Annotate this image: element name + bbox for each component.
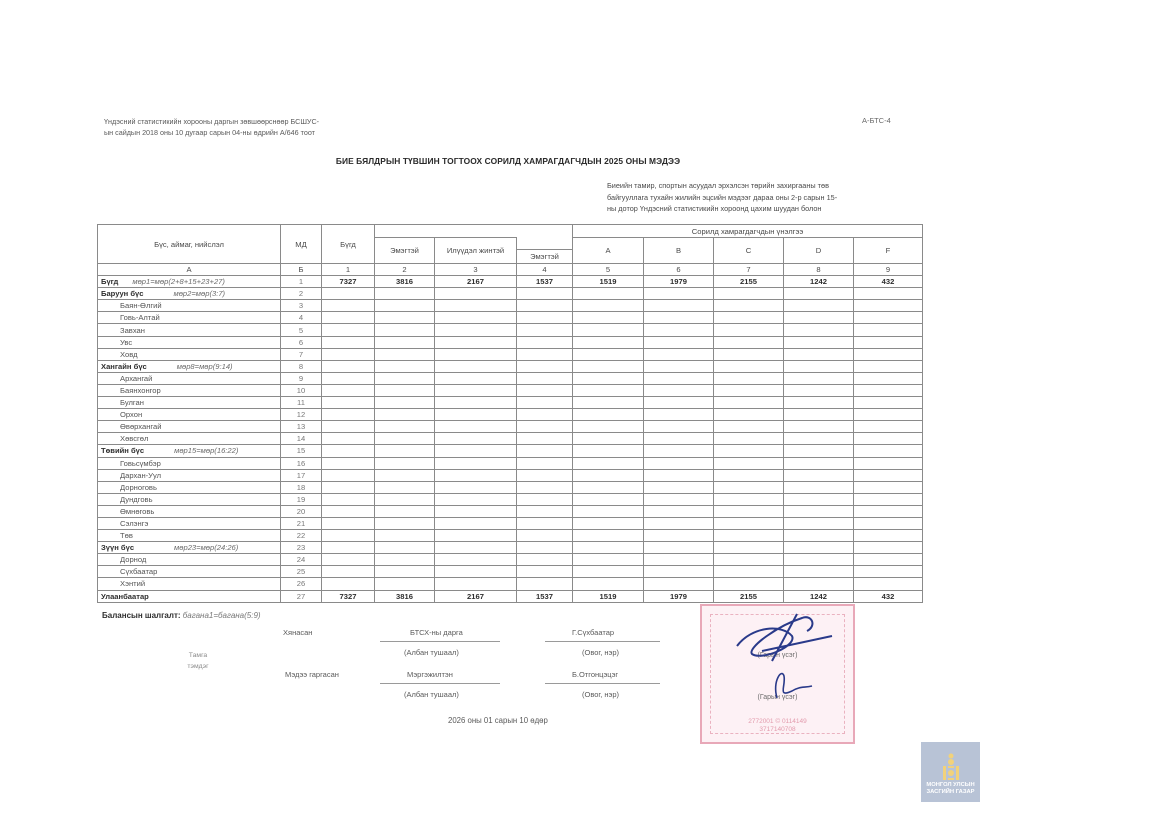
value-cell <box>573 481 644 493</box>
value-cell <box>375 372 435 384</box>
value-cell <box>517 433 573 445</box>
reviewer-name: Г.Сүхбаатар <box>572 628 614 637</box>
value-cell <box>517 288 573 300</box>
table-row: Бүгдмөр1=мөр(2+8+15+23+27)17327381621671… <box>98 276 923 288</box>
column-code: 6 <box>644 264 714 276</box>
value-cell: 1519 <box>573 276 644 288</box>
value-cell <box>644 481 714 493</box>
value-cell <box>784 372 854 384</box>
aimag-name: Дорнод <box>98 554 281 566</box>
value-cell <box>784 336 854 348</box>
value-cell <box>517 336 573 348</box>
value-cell: 3816 <box>375 590 435 602</box>
value-cell <box>644 505 714 517</box>
value-cell <box>644 409 714 421</box>
value-cell <box>573 300 644 312</box>
value-cell <box>375 457 435 469</box>
value-cell <box>375 397 435 409</box>
aimag-name: Завхан <box>98 324 281 336</box>
value-cell <box>784 288 854 300</box>
column-code: 3 <box>435 264 517 276</box>
value-cell <box>784 517 854 529</box>
value-cell <box>573 372 644 384</box>
value-cell <box>714 324 784 336</box>
header-total: Бүгд <box>322 225 375 264</box>
value-cell <box>322 336 375 348</box>
value-cell <box>714 433 784 445</box>
row-code: 24 <box>281 554 322 566</box>
value-cell <box>784 554 854 566</box>
stamp-code: 2772001 © 0114149 <box>702 718 853 725</box>
region-group-cell: Баруун бүсмөр2=мөр(3:7) <box>98 288 281 300</box>
value-cell <box>517 481 573 493</box>
row-code: 20 <box>281 505 322 517</box>
table-row: Дорноговь18 <box>98 481 923 493</box>
value-cell <box>573 336 644 348</box>
value-cell <box>714 578 784 590</box>
region-group-cell: Зүүн бүсмөр23=мөр(24:26) <box>98 542 281 554</box>
value-cell <box>375 348 435 360</box>
value-cell <box>435 288 517 300</box>
header-grade-b: B <box>644 238 714 264</box>
row-code: 9 <box>281 372 322 384</box>
value-cell <box>573 517 644 529</box>
value-cell <box>644 530 714 542</box>
value-cell <box>784 397 854 409</box>
value-cell <box>644 445 714 457</box>
value-cell: 2167 <box>435 590 517 602</box>
value-cell <box>517 409 573 421</box>
value-cell <box>517 397 573 409</box>
aimag-name: Хөвсгөл <box>98 433 281 445</box>
row-code: 15 <box>281 445 322 457</box>
value-cell <box>784 481 854 493</box>
value-cell <box>435 312 517 324</box>
value-cell <box>435 493 517 505</box>
column-code: 7 <box>714 264 784 276</box>
row-code: 10 <box>281 384 322 396</box>
header-grade-c: C <box>714 238 784 264</box>
value-cell: 1519 <box>573 590 644 602</box>
value-cell <box>644 288 714 300</box>
value-cell <box>854 288 923 300</box>
aimag-name: Дархан-Уул <box>98 469 281 481</box>
value-cell <box>375 493 435 505</box>
value-cell <box>517 445 573 457</box>
value-cell: 2155 <box>714 276 784 288</box>
value-cell <box>854 505 923 517</box>
value-cell <box>854 397 923 409</box>
value-cell <box>322 481 375 493</box>
position-line <box>380 683 500 684</box>
value-cell <box>573 409 644 421</box>
value-cell <box>854 578 923 590</box>
table-row: Говь-Алтай4 <box>98 312 923 324</box>
value-cell <box>573 530 644 542</box>
value-cell <box>435 433 517 445</box>
region-name: Улаанбаатар <box>101 591 149 602</box>
value-cell <box>854 530 923 542</box>
column-code: А <box>98 264 281 276</box>
reviewer-position: БТСХ-ны дарга <box>410 628 463 637</box>
stamp-code: 3717140708 <box>702 726 853 733</box>
name-line <box>545 683 660 684</box>
value-cell <box>517 421 573 433</box>
value-cell <box>375 360 435 372</box>
value-cell <box>714 517 784 529</box>
value-cell <box>854 517 923 529</box>
aimag-name: Баян-Өлгий <box>98 300 281 312</box>
column-code: Б <box>281 264 322 276</box>
value-cell <box>854 469 923 481</box>
header-region: Бүс, аймаг, нийслэл <box>98 225 281 264</box>
row-code: 17 <box>281 469 322 481</box>
note-line: ны дотор Үндэсний статистикийн хороонд ц… <box>607 203 907 215</box>
value-cell <box>375 384 435 396</box>
value-cell: 1537 <box>517 590 573 602</box>
value-cell <box>322 566 375 578</box>
value-cell <box>322 288 375 300</box>
value-cell <box>375 554 435 566</box>
value-cell <box>375 578 435 590</box>
value-cell <box>714 542 784 554</box>
aimag-name: Сэлэнгэ <box>98 517 281 529</box>
value-cell <box>322 505 375 517</box>
value-cell <box>517 312 573 324</box>
logo-line-2: ЗАСГИЙН ГАЗАР <box>926 789 974 796</box>
value-cell <box>714 421 784 433</box>
row-code: 19 <box>281 493 322 505</box>
value-cell <box>784 300 854 312</box>
table-row: Дундговь19 <box>98 493 923 505</box>
value-cell <box>435 530 517 542</box>
value-cell <box>784 384 854 396</box>
value-cell <box>435 397 517 409</box>
value-cell <box>375 566 435 578</box>
value-cell <box>714 481 784 493</box>
row-code: 1 <box>281 276 322 288</box>
value-cell <box>435 517 517 529</box>
row-code: 22 <box>281 530 322 542</box>
value-cell <box>644 421 714 433</box>
decree-reference: Үндэсний статистикийн хорооны даргын зөв… <box>104 116 319 138</box>
value-cell <box>714 372 784 384</box>
value-cell <box>573 397 644 409</box>
value-cell <box>784 542 854 554</box>
table-row: Өвөрхангай13 <box>98 421 923 433</box>
value-cell <box>322 324 375 336</box>
value-cell <box>644 542 714 554</box>
table-row: Орхон12 <box>98 409 923 421</box>
value-cell <box>644 324 714 336</box>
value-cell <box>435 445 517 457</box>
region-name: Төвийн бүс <box>101 445 144 456</box>
aimag-name: Говь-Алтай <box>98 312 281 324</box>
table-row: Хангайн бүсмөр8=мөр(9:14)8 <box>98 360 923 372</box>
value-cell <box>644 566 714 578</box>
value-cell <box>322 397 375 409</box>
table-row: Завхан5 <box>98 324 923 336</box>
value-cell <box>644 348 714 360</box>
value-cell <box>517 530 573 542</box>
value-cell <box>784 409 854 421</box>
value-cell <box>322 542 375 554</box>
value-cell <box>784 445 854 457</box>
value-cell <box>644 372 714 384</box>
value-cell <box>573 360 644 372</box>
value-cell <box>517 554 573 566</box>
value-cell <box>573 505 644 517</box>
value-cell <box>322 372 375 384</box>
value-cell <box>517 457 573 469</box>
header-spacer-2 <box>517 238 573 250</box>
aimag-name: Булган <box>98 397 281 409</box>
value-cell: 1979 <box>644 276 714 288</box>
row-formula: мөр8=мөр(9:14) <box>177 361 233 372</box>
position-caption: (Албан тушаал) <box>404 648 459 657</box>
value-cell <box>854 433 923 445</box>
value-cell <box>784 324 854 336</box>
value-cell <box>854 421 923 433</box>
seal-label: Тамга тэмдэг <box>178 650 218 672</box>
value-cell <box>322 493 375 505</box>
table-row: Баян-Өлгий3 <box>98 300 923 312</box>
report-date: 2026 оны 01 сарын 10 өдөр <box>448 716 548 725</box>
value-cell <box>517 493 573 505</box>
decree-line-1: Үндэсний статистикийн хорооны даргын зөв… <box>104 116 319 127</box>
column-code: 9 <box>854 264 923 276</box>
value-cell <box>517 542 573 554</box>
aimag-name: Дорноговь <box>98 481 281 493</box>
aimag-name: Увс <box>98 336 281 348</box>
value-cell <box>517 578 573 590</box>
value-cell <box>714 493 784 505</box>
value-cell <box>714 360 784 372</box>
aimag-name: Орхон <box>98 409 281 421</box>
submission-note: Биеийн тамир, спортын асуудал эрхэлсэн т… <box>607 180 907 215</box>
value-cell <box>322 409 375 421</box>
name-line <box>545 641 660 642</box>
value-cell <box>517 566 573 578</box>
value-cell <box>573 312 644 324</box>
value-cell <box>573 288 644 300</box>
value-cell <box>714 457 784 469</box>
value-cell <box>714 397 784 409</box>
value-cell <box>322 517 375 529</box>
value-cell <box>573 542 644 554</box>
value-cell <box>573 421 644 433</box>
row-code: 11 <box>281 397 322 409</box>
value-cell <box>322 457 375 469</box>
value-cell <box>435 336 517 348</box>
value-cell <box>322 578 375 590</box>
value-cell <box>644 300 714 312</box>
header-overweight-female: Эмэгтэй <box>517 250 573 264</box>
row-code: 25 <box>281 566 322 578</box>
value-cell <box>573 578 644 590</box>
value-cell <box>714 505 784 517</box>
value-cell <box>375 300 435 312</box>
value-cell <box>644 384 714 396</box>
value-cell <box>322 530 375 542</box>
header-grade-a: A <box>573 238 644 264</box>
value-cell <box>854 336 923 348</box>
row-code: 18 <box>281 481 322 493</box>
value-cell <box>784 433 854 445</box>
value-cell <box>644 433 714 445</box>
value-cell <box>644 397 714 409</box>
value-cell <box>854 312 923 324</box>
value-cell: 7327 <box>322 276 375 288</box>
value-cell <box>322 421 375 433</box>
value-cell: 2167 <box>435 276 517 288</box>
position-caption: (Албан тушаал) <box>404 690 459 699</box>
row-code: 6 <box>281 336 322 348</box>
value-cell <box>435 469 517 481</box>
value-cell: 1242 <box>784 276 854 288</box>
value-cell <box>573 457 644 469</box>
value-cell <box>375 505 435 517</box>
value-cell <box>435 421 517 433</box>
column-code: 8 <box>784 264 854 276</box>
value-cell <box>435 578 517 590</box>
table-row: Хөвсгөл14 <box>98 433 923 445</box>
value-cell <box>375 324 435 336</box>
value-cell <box>854 300 923 312</box>
value-cell <box>784 421 854 433</box>
value-cell <box>714 384 784 396</box>
value-cell <box>644 336 714 348</box>
table-row: Төв22 <box>98 530 923 542</box>
table-row: Дорнод24 <box>98 554 923 566</box>
prepared-label: Мэдээ гаргасан <box>285 670 339 679</box>
row-code: 21 <box>281 517 322 529</box>
value-cell: 1979 <box>644 590 714 602</box>
value-cell <box>517 505 573 517</box>
preparer-position: Мэргэжилтэн <box>407 670 453 679</box>
value-cell <box>784 505 854 517</box>
row-formula: мөр15=мөр(16:22) <box>174 445 238 456</box>
value-cell <box>517 469 573 481</box>
value-cell <box>784 469 854 481</box>
value-cell <box>714 554 784 566</box>
value-cell <box>573 324 644 336</box>
row-code: 12 <box>281 409 322 421</box>
table-row: Сэлэнгэ21 <box>98 517 923 529</box>
value-cell <box>322 360 375 372</box>
value-cell <box>714 300 784 312</box>
region-group-cell: Улаанбаатар <box>98 590 281 602</box>
document-title: БИЕ БЯЛДРЫН ТҮВШИН ТОГТООХ СОРИЛД ХАМРАГ… <box>0 156 1016 166</box>
header-spacer <box>375 225 573 238</box>
statistics-table: Бүс, аймаг, нийслэл МД Бүгд Сорилд хамра… <box>97 224 923 603</box>
row-code: 8 <box>281 360 322 372</box>
value-cell <box>854 445 923 457</box>
value-cell <box>435 324 517 336</box>
value-cell <box>435 360 517 372</box>
column-code: 1 <box>322 264 375 276</box>
header-grade-group: Сорилд хамрагдагчдын үнэлгээ <box>573 225 923 238</box>
aimag-name: Өмнөговь <box>98 505 281 517</box>
value-cell <box>714 348 784 360</box>
reviewed-label: Хянасан <box>283 628 312 637</box>
value-cell <box>322 384 375 396</box>
value-cell <box>854 372 923 384</box>
header-grade-d: D <box>784 238 854 264</box>
value-cell <box>854 542 923 554</box>
value-cell <box>784 493 854 505</box>
row-formula: мөр1=мөр(2+8+15+23+27) <box>132 276 225 287</box>
balance-check-label: Балансын шалгалт: <box>102 611 181 620</box>
value-cell: 7327 <box>322 590 375 602</box>
row-code: 4 <box>281 312 322 324</box>
value-cell <box>435 481 517 493</box>
table-row: Улаанбаатар27732738162167153715191979215… <box>98 590 923 602</box>
value-cell <box>854 554 923 566</box>
region-name: Зүүн бүс <box>101 542 134 553</box>
table-row: Хэнтий26 <box>98 578 923 590</box>
value-cell <box>714 312 784 324</box>
value-cell <box>375 433 435 445</box>
value-cell <box>517 324 573 336</box>
table-row: Сүхбаатар25 <box>98 566 923 578</box>
value-cell <box>854 481 923 493</box>
value-cell <box>644 360 714 372</box>
soyombo-icon <box>940 752 962 782</box>
value-cell <box>435 372 517 384</box>
balance-check-formula: багана1=багана(5:9) <box>183 611 261 620</box>
value-cell <box>435 384 517 396</box>
row-code: 14 <box>281 433 322 445</box>
region-group-cell: Хангайн бүсмөр8=мөр(9:14) <box>98 360 281 372</box>
name-caption: (Овог, нэр) <box>582 690 619 699</box>
value-cell <box>517 517 573 529</box>
value-cell <box>784 312 854 324</box>
decree-line-2: ын сайдын 2018 оны 10 дугаар сарын 04-ны… <box>104 127 319 138</box>
value-cell <box>435 542 517 554</box>
row-code: 27 <box>281 590 322 602</box>
value-cell <box>714 566 784 578</box>
value-cell: 432 <box>854 590 923 602</box>
value-cell <box>435 566 517 578</box>
value-cell <box>375 421 435 433</box>
region-group-cell: Бүгдмөр1=мөр(2+8+15+23+27) <box>98 276 281 288</box>
aimag-name: Төв <box>98 530 281 542</box>
row-code: 13 <box>281 421 322 433</box>
value-cell <box>375 336 435 348</box>
value-cell <box>435 300 517 312</box>
value-cell: 1242 <box>784 590 854 602</box>
header-md: МД <box>281 225 322 264</box>
row-code: 23 <box>281 542 322 554</box>
value-cell <box>854 409 923 421</box>
region-name: Бүгд <box>101 276 118 287</box>
value-cell <box>435 409 517 421</box>
region-group-cell: Төвийн бүсмөр15=мөр(16:22) <box>98 445 281 457</box>
form-code: А-БТС-4 <box>862 116 891 125</box>
table-row: Баянхонгор10 <box>98 384 923 396</box>
value-cell <box>375 517 435 529</box>
value-cell <box>375 530 435 542</box>
value-cell <box>435 457 517 469</box>
value-cell <box>644 469 714 481</box>
value-cell <box>322 312 375 324</box>
value-cell <box>784 360 854 372</box>
value-cell <box>375 445 435 457</box>
value-cell <box>714 409 784 421</box>
handwritten-signature-icon <box>722 606 842 706</box>
value-cell <box>375 312 435 324</box>
